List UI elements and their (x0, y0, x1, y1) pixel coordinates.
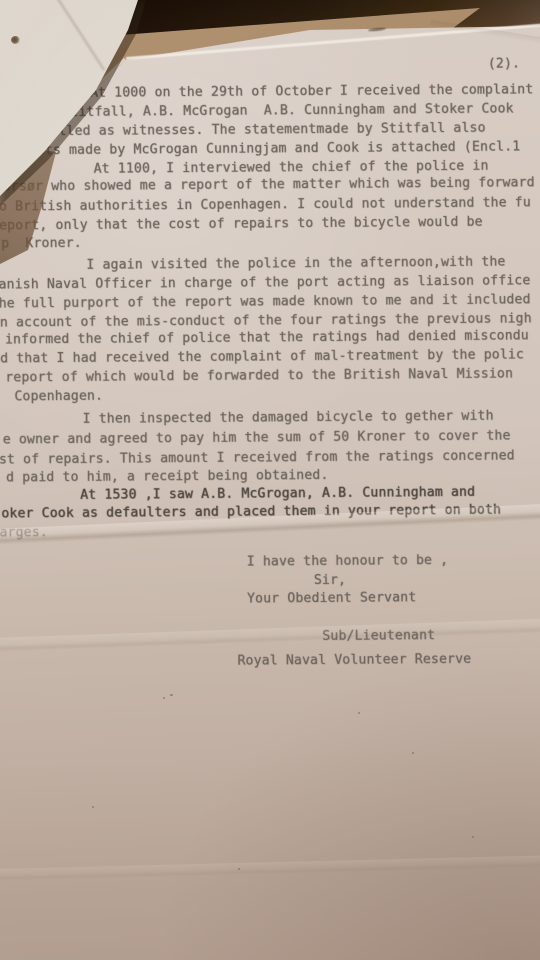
typed-line: report of which would be forwarded to th… (5, 366, 513, 385)
overlapping-sheet-crease (54, 0, 105, 71)
overlapping-sheet-hole (11, 36, 20, 44)
typed-line: tements made by McGrogan Cunningjam and … (4, 139, 520, 158)
typed-line: At 1000 on the 29th of October I receive… (90, 82, 533, 100)
page-number: (2). (488, 56, 520, 71)
paper-speck (412, 752, 414, 754)
typed-line: called as witnesses. The statementmade b… (42, 121, 485, 139)
paper-speck (92, 806, 94, 808)
typed-line: eport, only that the cost of repairs to … (0, 215, 483, 234)
typed-line: I again visited the police in the aftern… (86, 255, 505, 273)
typed-line: e owner and agreed to pay him the sum of… (3, 428, 511, 447)
typed-line: Your Obedient Servant (247, 590, 416, 606)
typed-line: Royal Naval Volunteer Reserve (237, 652, 471, 669)
paper-speck (163, 697, 165, 699)
typed-line: At 1100, I interviewed the chief of the … (94, 159, 489, 177)
typed-line: . Stitfall, A.B. McGrogan A.B. Cunningha… (46, 101, 514, 120)
paper-speck (170, 694, 173, 696)
typed-line: I then inspected the damaged bicycle to … (83, 409, 494, 427)
typed-line: d paid to him, a receipt being obtained. (6, 468, 328, 486)
typed-line: I have the honour to be , (247, 553, 449, 570)
typed-line: At 1530 ,I saw A.B. McGrogan, A.B. Cunni… (80, 485, 475, 503)
typed-line: anish Naval Officer in charge of the por… (0, 273, 531, 292)
typed-line: st of repairs. This amount I received fr… (0, 448, 515, 467)
typed-line: o British authorities in Copenhagen. I c… (0, 195, 531, 214)
paper-speck (358, 712, 360, 714)
typed-line: arges. (0, 525, 48, 540)
typed-line: d that I had received the complaint of m… (0, 347, 524, 366)
typed-text-block: (2). At 1000 on the 29th of October I re… (0, 0, 540, 960)
typed-line: he full purport of the report was made k… (0, 292, 531, 311)
typed-line: n account of the mis-conduct of the four… (0, 311, 532, 330)
typed-line: Sub/Lieutenant (322, 628, 435, 644)
typed-line: Copenhagen. (14, 389, 103, 405)
typed-line: informed the chief of police that the ra… (5, 328, 529, 347)
typed-line: orsør who showed me a report of the matt… (3, 175, 535, 194)
photo-of-typed-letter: (2). At 1000 on the 29th of October I re… (0, 0, 540, 960)
typed-line: oker Cook as defaulters and placed them … (1, 503, 501, 522)
paper-speck (472, 836, 474, 838)
paper-speck (238, 868, 240, 870)
typed-line: Sir, (314, 573, 346, 588)
